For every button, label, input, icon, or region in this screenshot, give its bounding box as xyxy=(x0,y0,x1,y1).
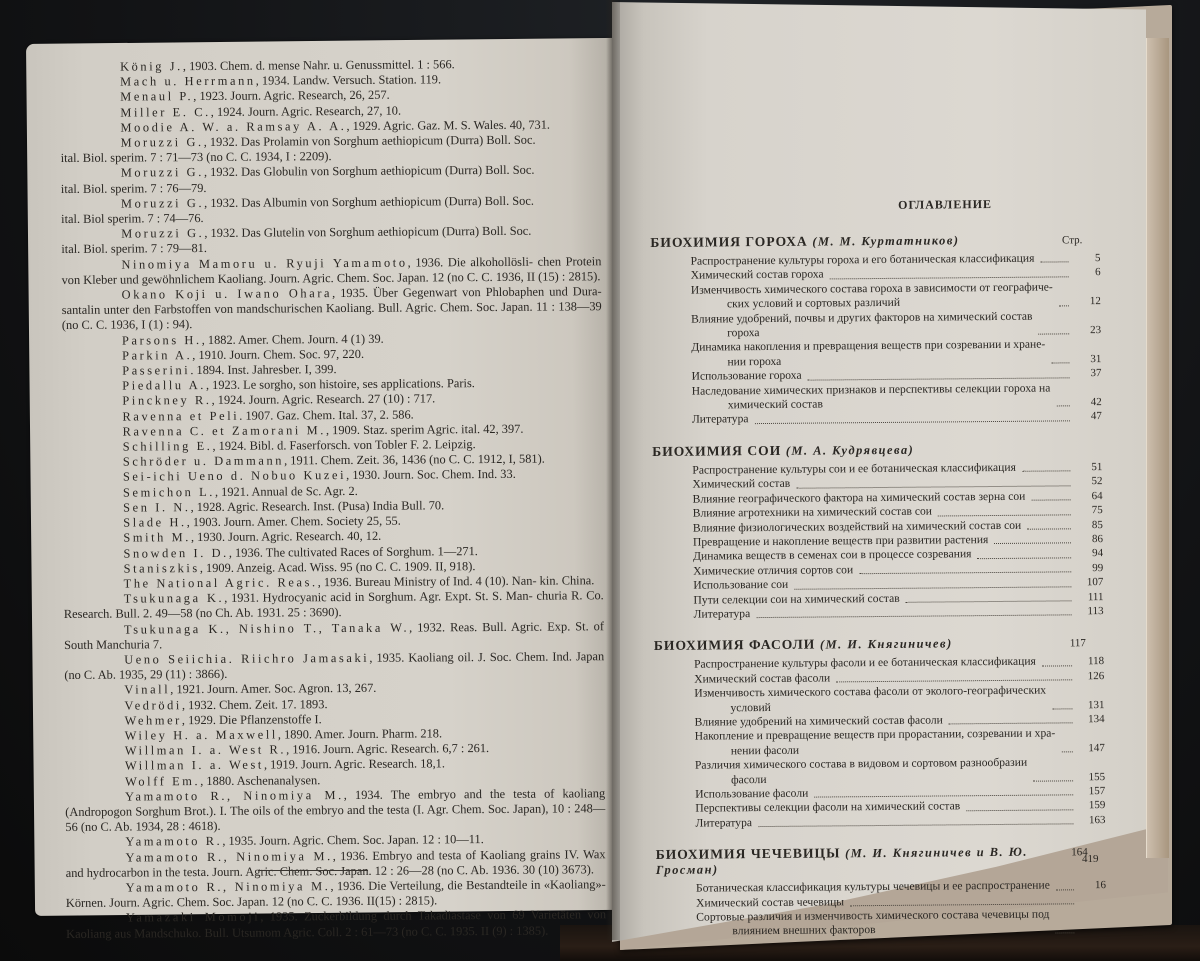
toc-entry-page: 118 xyxy=(1078,654,1104,669)
reference-author: Moruzzi G. xyxy=(121,226,204,241)
toc-entry-line: Химический состав xyxy=(692,477,790,491)
toc-entry-line: Изменчивость химического состава гороха … xyxy=(691,280,1053,296)
toc-entry-label: Различия химического состава в видовом и… xyxy=(695,756,1027,788)
reference-text: , 1929. Die Pflanzenstoffe I. xyxy=(182,712,322,727)
dot-leader xyxy=(1061,752,1072,753)
reference-author: Yamamoto R., Ninomiya M. xyxy=(125,788,344,804)
toc-entry-line: Влияние физиологических воздействий на х… xyxy=(693,518,1021,534)
section-title: БИОХИМИЯ ФАСОЛИ xyxy=(654,637,816,653)
toc-entry-line: Химический состав гороха xyxy=(691,268,824,282)
toc-entry-label: Химический состав фасоли xyxy=(694,671,830,687)
reference-text: , 1932. Das Glutelin von Sorghum aethiop… xyxy=(204,224,531,240)
toc-entry[interactable]: Накопление и превращение веществ при про… xyxy=(655,726,1105,759)
toc-entry-label: Литература xyxy=(694,607,751,622)
reference-entry: Yamazaki Momoji, 1935. Zuckerbildung dur… xyxy=(66,908,606,942)
reference-author: Menaul P. xyxy=(120,89,193,104)
toc-section: БИОХИМИЯ ЧЕЧЕВИЦЫ (М. И. Княгиничев и В.… xyxy=(656,843,1107,940)
dot-leader xyxy=(796,485,1070,488)
toc-entry-page: 85 xyxy=(1077,518,1103,533)
toc-entry-label: Распространение культуры гороха и его бо… xyxy=(690,252,1034,269)
reference-author: Tsukunaga K. xyxy=(124,591,225,606)
toc-entry-page: 107 xyxy=(1077,575,1103,590)
reference-entry: Ninomiya Mamoru u. Ryuji Yamamoto, 1936.… xyxy=(61,254,601,288)
reference-text: , 1880. Aschenanalysen. xyxy=(200,773,320,788)
toc-entry-line: Влияние удобрений, почвы и других фактор… xyxy=(691,309,1033,325)
toc-entry-line: Накопление и превращение веществ при про… xyxy=(695,727,1056,743)
toc-entry-line: Превращение и накопление веществ при раз… xyxy=(693,533,988,549)
dot-leader xyxy=(1052,708,1072,709)
reference-author: Willman I. a. West R. xyxy=(125,743,286,758)
toc-entry-continuation: нии гороха xyxy=(691,352,1045,369)
toc-entry[interactable]: Изменчивость химического состава фасоли … xyxy=(654,683,1104,716)
reference-author: Yamamoto R., Ninomiya M. xyxy=(126,879,331,894)
dot-leader xyxy=(1051,363,1069,364)
reference-author: Vedrödi xyxy=(124,698,182,712)
toc-entry-continuation: фасоли xyxy=(695,770,1027,787)
toc-entry-line: Использование гороха xyxy=(691,369,801,383)
toc-entry-label: Изменчивость химического состава гороха … xyxy=(691,280,1053,312)
book-cover-edge xyxy=(1146,38,1169,858)
reference-text: , 1935. Kaoliang oil. J. Soc. xyxy=(369,650,511,665)
toc-entry[interactable]: Динамика накопления и превращения вещест… xyxy=(651,338,1101,371)
toc-entry-label: Химические отличия сортов сои xyxy=(693,563,853,579)
dot-leader xyxy=(1059,305,1069,306)
toc-section-heading[interactable]: БИОХИМИЯ СОИ (М. А. Кудрявцева) xyxy=(652,440,1102,460)
reference-text: , 1932. Reas. Bull. Agric. xyxy=(409,619,542,634)
toc-section-heading[interactable]: БИОХИМИЯ ФАСОЛИ (М. И. Княгиничев)117 xyxy=(654,634,1104,654)
reference-entry: Yamamoto R., Ninomiya M., 1936. Die Vert… xyxy=(66,877,606,911)
reference-author: The National Agric. Reas. xyxy=(124,575,318,590)
toc-entry-label: Литература xyxy=(695,816,752,831)
reference-text: , 1930. Journ. Soc. Chem. Ind. 33. xyxy=(346,467,516,482)
toc-entry-label: Распространение культуры сои и ее ботани… xyxy=(692,461,1016,478)
dot-leader xyxy=(1056,932,1075,933)
reference-text: , 1929. Agric. Gaz. M. S. Wales. 40, 731… xyxy=(346,117,550,132)
toc-entry-label: Динамика веществ в семенах сои в процесс… xyxy=(693,548,971,565)
reference-author: Sei-ichi Ueno d. Nobuo Kuzei xyxy=(123,468,346,484)
toc-entry-page: 94 xyxy=(1077,546,1103,561)
toc-entry-page: 64 xyxy=(1077,489,1103,504)
toc-entry-page: 31 xyxy=(1075,352,1101,367)
toc-entry-label: Распространение культуры фасоли и ее бот… xyxy=(694,655,1036,672)
reference-author: Slade H. xyxy=(123,515,187,529)
toc-title: ОГЛАВЛЕНИЕ xyxy=(790,196,1100,214)
reference-author: König J. xyxy=(120,59,183,73)
dot-leader xyxy=(756,615,1071,619)
dot-leader xyxy=(758,824,1073,828)
toc-entry[interactable]: Сортовые различия и изменчивость химичес… xyxy=(656,907,1106,940)
reference-text: , 1924. Bibl. d. Faserforsch. von Tobler… xyxy=(212,437,475,453)
reference-author: Miller E. C. xyxy=(120,105,211,120)
reference-author: Moruzzi G. xyxy=(121,196,204,211)
toc-entry-line: Влияние географического фактора на химич… xyxy=(693,489,1026,505)
toc-entry-page: 163 xyxy=(1079,813,1105,828)
reference-text: , 1921. Journ. Amer. Soc. Agron. 13, 267… xyxy=(170,681,376,696)
dot-leader xyxy=(949,723,1073,725)
toc-entry-label: Литература xyxy=(692,413,749,428)
reference-continuation: (Andropogon Sorghum Brot.). I. The oils … xyxy=(65,801,605,834)
toc-entry-line: Динамика веществ в семенах сои в процесс… xyxy=(693,548,971,563)
reference-text: , 1936. Embryo and testa of Kaoliang gra… xyxy=(333,847,561,863)
reference-text: , 1936. Die Verteilung, die Bestandteile xyxy=(330,878,527,893)
toc-entry-page: 99 xyxy=(1077,561,1103,576)
dot-leader xyxy=(859,571,1071,574)
toc-entry-label: Изменчивость химического состава фасоли … xyxy=(694,684,1046,716)
reference-entry: Tsukunaga K., 1931. Hydrocyanic acid in … xyxy=(64,588,604,622)
toc-entry-line: Изменчивость химического состава фасоли … xyxy=(694,684,1046,700)
reference-author: Sen I. N. xyxy=(123,500,191,514)
toc-entry-page: 23 xyxy=(1075,323,1101,338)
toc-entry-line: Химический состав чечевицы xyxy=(696,895,844,909)
reference-text: . 1894. Inst. Jahresber. I, 399. xyxy=(190,362,336,377)
toc-entry-line: Литература xyxy=(692,413,749,426)
reference-text: , 1923. Le sorgho, son histoire, ses app… xyxy=(206,376,475,392)
toc-entry-page: 126 xyxy=(1078,669,1104,684)
reference-author: Parsons H. xyxy=(122,333,202,348)
reference-text: , 1934. Landw. Versuch. Station. 119. xyxy=(256,73,441,88)
end-rule xyxy=(258,870,368,871)
section-page: 117 xyxy=(1070,638,1086,650)
reference-text: , 1911. Chem. Zeit. 36, 1436 (no C. C. 1… xyxy=(284,452,545,468)
reference-author: Okano Koji u. Iwano Ohara xyxy=(122,286,333,301)
dot-leader xyxy=(966,809,1073,811)
reference-author: Semichon L. xyxy=(123,485,215,500)
reference-text: , 1932. Das Albumin von Sorghum aethiopi… xyxy=(204,194,534,210)
table-of-contents: ОГЛАВЛЕНИЕ БИОХИМИЯ ГОРОХА (М. М. Куртат… xyxy=(650,196,1107,956)
toc-entry-line: Распространение культуры сои и ее ботани… xyxy=(692,461,1016,477)
reference-text: , 1924. Journ. Agric. Research. 27 (10) … xyxy=(212,392,436,408)
reference-text: , 1890. Amer. Journ. Pharm. 218. xyxy=(278,726,442,741)
toc-entry-page: 42 xyxy=(1076,395,1102,410)
reference-author: Ravenna C. et Zamorani M. xyxy=(123,423,326,438)
toc-entry-label: Химический состав xyxy=(692,477,790,492)
reference-author: Yamamoto R. xyxy=(125,834,222,849)
reference-author: Staniszkis xyxy=(124,561,200,576)
dot-leader xyxy=(1056,406,1069,407)
toc-entry-label: Использование фасоли xyxy=(695,787,808,802)
dot-leader xyxy=(1031,499,1070,500)
reference-author: Tsukunaga K., Nishino T., Tanaka W. xyxy=(124,620,409,636)
dot-leader xyxy=(1033,780,1073,781)
toc-section: БИОХИМИЯ СОИ (М. А. Кудрявцева)Распростр… xyxy=(652,440,1104,622)
reference-text: , 1919. Journ. Agric. Research. 18,1. xyxy=(264,757,445,772)
reference-author: Yamamoto R., Ninomiya M. xyxy=(126,849,333,864)
toc-entry[interactable]: Различия химического состава в видовом и… xyxy=(655,755,1105,788)
dot-leader xyxy=(1040,262,1068,263)
dot-leader xyxy=(830,276,1069,279)
toc-section-heading[interactable]: БИОХИМИЯ ГОРОХА (М. М. Куртатников)Стр. xyxy=(650,231,1100,251)
reference-author: Wolff Em. xyxy=(125,774,200,789)
dot-leader xyxy=(906,600,1072,602)
toc-sections: БИОХИМИЯ ГОРОХА (М. М. Куртатников)Стр.Р… xyxy=(650,231,1106,940)
reference-text: , 1909. Anzeig. Acad. Wiss. 95 (no C. C.… xyxy=(200,559,476,575)
reference-text: , 1910. Journ. Chem. Soc. 97, 220. xyxy=(192,347,364,362)
toc-entry-page: 147 xyxy=(1079,741,1105,756)
toc-entry-line: Пути селекции сои на химический состав xyxy=(693,591,899,606)
toc-entry-label: Пути селекции сои на химический состав xyxy=(693,591,899,607)
toc-entry-page: 111 xyxy=(1077,590,1103,605)
dot-leader xyxy=(814,795,1073,798)
reference-entry: Yamamoto R., Ninomiya M., 1936. Embryo a… xyxy=(66,847,606,881)
reference-author: Snowden I. D. xyxy=(123,545,228,560)
reference-text: , 1909. Staz. sperim Agric. ital. 42, 39… xyxy=(326,422,524,437)
toc-entry-page: 75 xyxy=(1077,503,1103,518)
toc-entry-label: Наследование химических признаков и перс… xyxy=(692,381,1051,413)
reference-text: , 1936. The cultivated Races of Sorghum.… xyxy=(229,544,478,560)
reference-text: ital. Biol. sperim. 7 : 71—73 (no C. C. … xyxy=(61,149,332,165)
reference-author: Piedallu A. xyxy=(122,378,206,393)
section-title: БИОХИМИЯ ГОРОХА xyxy=(650,234,807,250)
reference-text: ital. Biol. sperim. 7 : 79—81. xyxy=(61,241,207,256)
section-author: (М. А. Кудрявцева) xyxy=(781,443,914,458)
section-title: БИОХИМИЯ СОИ xyxy=(652,443,781,459)
reference-text: , 1921. Annual de Sc. Agr. 2. xyxy=(215,484,358,499)
toc-entry-page: 16 xyxy=(1080,878,1106,893)
dot-leader xyxy=(1027,528,1071,529)
toc-entry-page: 113 xyxy=(1078,604,1104,619)
toc-entry-line: Литература xyxy=(695,816,752,829)
reference-text: , 1932. Chem. Zeit. 17. 1893. xyxy=(182,697,328,712)
toc-entry-page: 47 xyxy=(1076,410,1102,425)
dot-leader xyxy=(755,420,1070,424)
dot-leader xyxy=(1039,334,1070,335)
reference-author: Willman I. a. West xyxy=(125,758,264,773)
reference-author: Yamazaki Momoji xyxy=(126,910,260,925)
toc-entry-line: Химический состав фасоли xyxy=(694,671,830,685)
reference-author: Vinall xyxy=(124,683,170,697)
reference-text: , 1903. Chem. d. mense Nahr. u. Genussmi… xyxy=(183,57,455,73)
section-author: (М. И. Княгиничев) xyxy=(815,637,952,652)
reference-author: Schröder u. Dammann xyxy=(123,454,284,469)
toc-entry-page: 51 xyxy=(1076,460,1102,475)
reference-entry: Okano Koji u. Iwano Ohara, 1935. Über Ge… xyxy=(62,284,602,333)
reference-text: , 1882. Amer. Chem. Journ. 4 (1) 39. xyxy=(202,331,384,346)
dot-leader xyxy=(836,679,1072,682)
reference-author: Pinckney R. xyxy=(122,393,211,408)
section-author: (М. М. Куртатников) xyxy=(808,233,960,248)
toc-entry-label: Использование гороха xyxy=(691,369,801,384)
toc-entry-page: 155 xyxy=(1079,770,1105,785)
toc-entry-label: Использование сои xyxy=(693,578,788,593)
reference-author: Moruzzi G. xyxy=(121,165,204,180)
toc-entry-line: Химические отличия сортов сои xyxy=(693,563,853,577)
toc-section-heading[interactable]: БИОХИМИЯ ЧЕЧЕВИЦЫ (М. И. Княгиничев и В.… xyxy=(656,843,1106,878)
reference-author: Ninomiya Mamoru u. Ryuji Yamamoto xyxy=(121,255,407,271)
toc-entry-line: Влияние агротехники на химический состав… xyxy=(693,505,932,520)
toc-entry-page: 6 xyxy=(1075,265,1101,280)
toc-entry[interactable]: Литература163 xyxy=(655,813,1105,831)
dot-leader xyxy=(994,543,1071,545)
bibliography-list: König J., 1903. Chem. d. mense Nahr. u. … xyxy=(60,56,606,942)
toc-entry[interactable]: Наследование химических признаков и перс… xyxy=(652,381,1102,414)
toc-entry-page: 12 xyxy=(1075,294,1101,309)
toc-entry-label: Химический состав гороха xyxy=(691,268,824,284)
toc-entry-line: Наследование химических признаков и перс… xyxy=(692,381,1051,397)
toc-section: БИОХИМИЯ ФАСОЛИ (М. И. Княгиничев)117Рас… xyxy=(654,634,1106,831)
reference-author: Passerini xyxy=(122,363,190,377)
reference-entry: Ueno Seiichia. Riichro Jamasaki, 1935. K… xyxy=(64,649,604,683)
reference-text: . 1907. Gaz. Chem. Ital. 37, 2. 586. xyxy=(239,407,414,422)
reference-entry: Tsukunaga K., Nishino T., Tanaka W., 193… xyxy=(64,619,604,653)
dot-leader xyxy=(1022,471,1070,472)
toc-entry-line: Литература xyxy=(694,607,751,620)
toc-entry-label: Ботаническая классификация культуры чече… xyxy=(696,879,1050,896)
toc-entry-line: Распространение культуры фасоли и ее бот… xyxy=(694,655,1036,671)
reference-text: , 1903. Journ. Amer. Chem. Society 25, 5… xyxy=(187,514,401,529)
toc-entry[interactable]: Литература47 xyxy=(652,410,1102,428)
toc-entry-line: Перспективы селекции фасоли на химически… xyxy=(695,800,960,815)
reference-author: Wiley H. a. Maxwell xyxy=(125,727,278,742)
toc-entry-page: 131 xyxy=(1078,698,1104,713)
reference-author: Moodie A. W. a. Ramsay A. A. xyxy=(120,119,346,135)
dot-leader xyxy=(808,377,1070,380)
toc-entry-page: 134 xyxy=(1078,712,1104,727)
toc-entry-label: Влияние удобрений, почвы и других фактор… xyxy=(691,309,1033,341)
reference-author: Ravenna et Peli xyxy=(122,408,239,423)
toc-entry-label: Динамика накопления и превращения вещест… xyxy=(691,338,1045,370)
toc-entry-line: Динамика накопления и превращения вещест… xyxy=(691,338,1045,354)
toc-entry-continuation: влиянием внешних факторов xyxy=(696,922,1049,939)
dot-leader xyxy=(1056,889,1074,890)
reference-text: , 1935. Zuckerbildung durch Takadiastase… xyxy=(260,908,581,924)
reference-text: , 1928. Agric. Research. Inst. (Pusa) In… xyxy=(191,498,445,514)
toc-entry-label: Накопление и превращение веществ при про… xyxy=(695,727,1056,759)
toc-entry-line: Использование фасоли xyxy=(695,787,808,801)
toc-entry-page: 37 xyxy=(1075,366,1101,381)
dot-leader xyxy=(850,903,1074,906)
toc-entry-continuation: условий xyxy=(694,698,1046,715)
reference-text: , 1930. Journ. Agric. Research. 40, 12. xyxy=(191,529,381,544)
toc-entry-line: Влияние удобрений на химический состав ф… xyxy=(695,713,943,728)
reference-author: Schilling E. xyxy=(123,439,213,454)
reference-text: , 1936. Bureau Ministry of Ind. 4 (10). … xyxy=(318,574,537,590)
reference-text: , 1936. Die alkohollösli- xyxy=(408,254,533,269)
toc-entry-line: Ботаническая классификация культуры чече… xyxy=(696,879,1050,895)
reference-continuation: santalin unter den Farbstoffen von mands… xyxy=(62,299,602,332)
toc-entry[interactable]: Изменчивость химического состава гороха … xyxy=(651,280,1101,313)
toc-entry[interactable]: Литература113 xyxy=(654,604,1104,622)
toc-entry-label: Влияние географического фактора на химич… xyxy=(693,489,1026,506)
dot-leader xyxy=(977,557,1071,559)
toc-entry-page: 52 xyxy=(1076,474,1102,489)
toc-entry-line: Использование сои xyxy=(693,578,788,592)
toc-entry-label: Перспективы селекции фасоли на химически… xyxy=(695,800,960,817)
reference-text: , 1932. Das Globulin von Sorghum aethiop… xyxy=(204,163,535,179)
reference-author: Moruzzi G. xyxy=(121,135,204,150)
dot-leader xyxy=(794,586,1071,589)
reference-text: , 1931. Hydrocyanic acid in Sorghum. Agr… xyxy=(224,589,533,605)
section-title: БИОХИМИЯ ЧЕЧЕВИЦЫ xyxy=(656,846,841,863)
reference-text: , 1935. Journ. Agric. Chem. Soc. Japan. … xyxy=(222,832,484,848)
dot-leader xyxy=(1042,665,1072,666)
toc-entry-line: Распространение культуры гороха и его бо… xyxy=(690,252,1034,268)
toc-entry-page: 5 xyxy=(1074,251,1100,266)
reference-text: , 1934. The embryo and the testa of kaol… xyxy=(344,786,605,802)
toc-entry-label: Химический состав чечевицы xyxy=(696,895,844,911)
reference-text: , 1923. Journ. Agric. Research, 26, 257. xyxy=(193,88,390,103)
toc-entry[interactable]: Влияние удобрений, почвы и других фактор… xyxy=(651,309,1101,342)
reference-text: , 1935. Über Gegenwart von Phlobaphen un… xyxy=(332,284,602,300)
reference-text: , 1916. Journ. Agric. Research. 6,7 : 26… xyxy=(286,741,489,756)
dot-leader xyxy=(938,514,1071,516)
reference-author: Ueno Seiichia. Riichro Jamasaki xyxy=(124,651,369,667)
reference-text: ital. Biol sperim. 7 : 74—76. xyxy=(61,211,204,226)
toc-entry-line: Различия химического состава в видовом и… xyxy=(695,756,1027,772)
reference-text: ital. Biol. sperim. 7 : 76—79. xyxy=(61,181,207,196)
reference-author: Smith M. xyxy=(123,530,191,544)
toc-section: БИОХИМИЯ ГОРОХА (М. М. Куртатников)Стр.Р… xyxy=(650,231,1102,428)
toc-entry-label: Сортовые различия и изменчивость химичес… xyxy=(696,908,1049,940)
reference-entry: Yamamoto R., Ninomiya M., 1934. The embr… xyxy=(65,786,605,835)
page-column-label: Стр. xyxy=(1062,234,1082,246)
reference-text: , 1924. Journ. Agric. Research, 27, 10. xyxy=(211,103,401,118)
book-gutter xyxy=(606,0,620,940)
toc-entry-page: 159 xyxy=(1079,798,1105,813)
reference-continuation: kin. China. xyxy=(537,573,595,587)
toc-entry-line: Сортовые различия и изменчивость химичес… xyxy=(696,908,1049,924)
reference-text: , 1932. Das Prolamin von Sorghum aethiop… xyxy=(204,133,536,149)
toc-entry-page: 157 xyxy=(1079,784,1105,799)
reference-author: Wehmer xyxy=(125,713,182,727)
reference-author: Parkin A. xyxy=(122,348,192,362)
page-number: 419 xyxy=(1082,853,1099,865)
reference-author: Mach u. Herrmann xyxy=(120,74,256,89)
toc-entry-page: 86 xyxy=(1077,532,1103,547)
